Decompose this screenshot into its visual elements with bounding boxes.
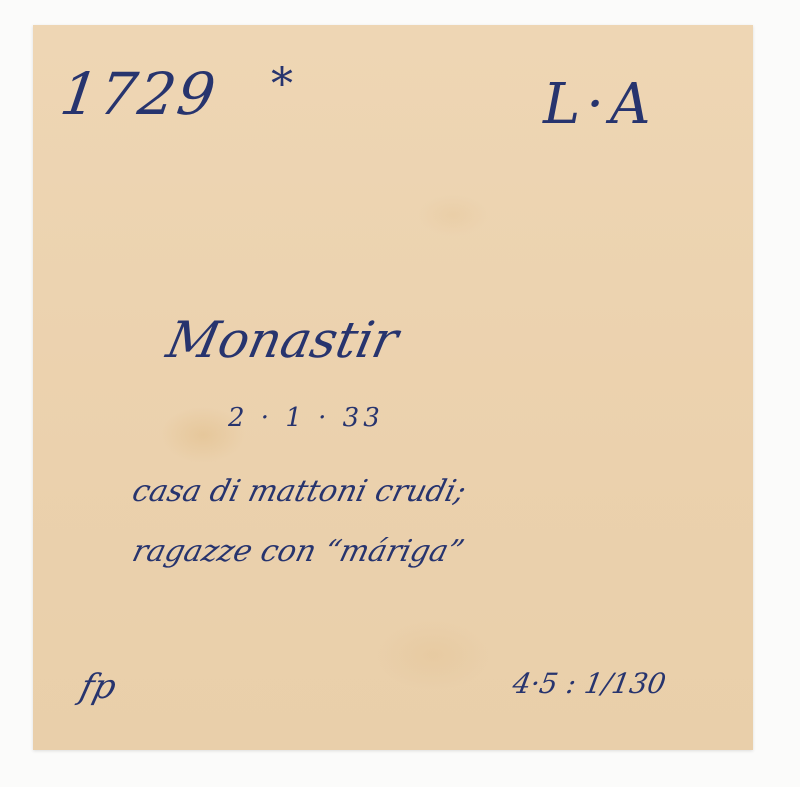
archive-card: 1729 * L·A Monastir 2 · 1 · 33 casa di m… (33, 25, 753, 750)
place-name: Monastir (163, 315, 403, 365)
caption-line-2: ragazze con “máriga” (129, 537, 466, 567)
collection-code: L·A (543, 77, 656, 133)
initials: fp (77, 670, 120, 704)
date: 2 · 1 · 33 (228, 405, 384, 431)
caption-line-1: casa di mattoni crudi; (129, 477, 469, 507)
exposure-reference: 4·5 : 1/130 (511, 670, 668, 698)
catalog-number: 1729 (57, 65, 221, 123)
star-mark-icon: * (271, 63, 293, 107)
